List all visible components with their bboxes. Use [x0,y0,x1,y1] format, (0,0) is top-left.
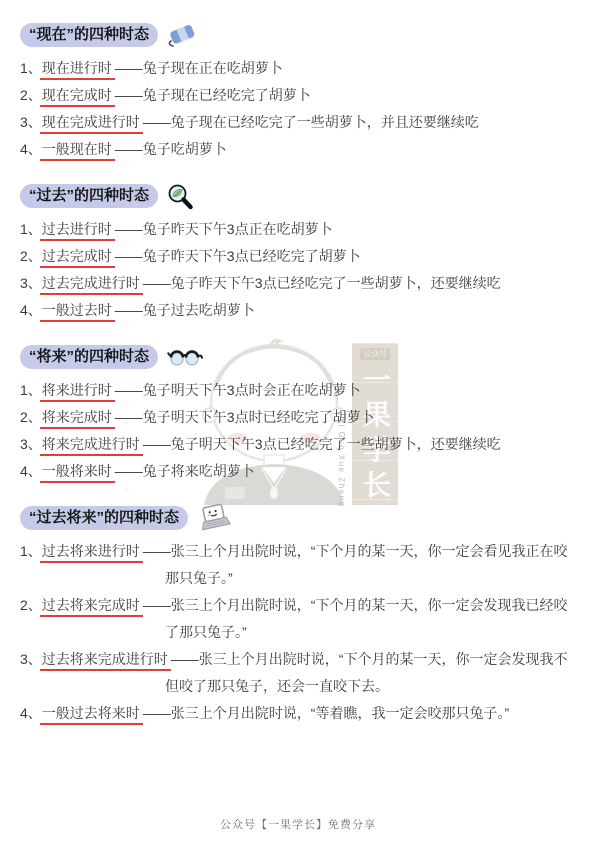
tense-name: 将来进行时 [40,382,115,402]
item-number: 4、 [20,302,42,318]
item-number: 1、 [20,221,42,237]
tense-item: 2、过去完成时——兔子昨天下午3点已经吃完了胡萝卜 [20,243,578,270]
tense-item: 1、现在进行时——兔子现在正在吃胡萝卜 [20,55,578,82]
tense-name: 现在进行时 [40,60,115,80]
example-text: ——张三上个月出院时说，“下个月的某一天，你一定会发现我已经咬了那只兔子。” [143,597,568,640]
example-text: ——兔子明天下午3点已经吃完了一些胡萝卜，还要继续吃 [143,436,501,452]
tense-item: 2、将来完成时——兔子明天下午3点时已经吃完了胡萝卜 [20,404,578,431]
eraser-icon [167,22,197,48]
item-number: 2、 [20,597,42,613]
tense-name: 一般现在时 [40,141,115,161]
notes-page: “现在”的四种时态 1、现在进行时——兔子现在正在吃胡萝卜 2、现在完成时——兔… [0,0,596,727]
magnifier-leaf-icon [167,183,194,210]
item-number: 2、 [20,409,42,425]
example-text: ——兔子现在正在吃胡萝卜 [115,60,283,76]
example-text: ——张三上个月出院时说，“下个月的某一天，你一定会看见我正在咬那只兔子。” [143,543,568,586]
tense-item: 4、一般将来时——兔子将来吃胡萝卜 [20,458,578,485]
item-number: 3、 [20,114,42,130]
tense-name: 将来完成时 [40,409,115,429]
example-text: ——兔子将来吃胡萝卜 [115,463,255,479]
item-number: 4、 [20,141,42,157]
tense-item: 4、一般过去将来时——张三上个月出院时说，“等着瞧，我一定会咬那只兔子。” [20,700,578,727]
tense-name: 一般将来时 [40,463,115,483]
example-text: ——兔子明天下午3点时已经吃完了胡萝卜 [115,409,375,425]
tense-item: 3、现在完成进行时——兔子现在已经吃完了一些胡萝卜，并且还要继续吃 [20,109,578,136]
item-number: 2、 [20,87,42,103]
example-text: ——兔子昨天下午3点已经吃完了胡萝卜 [115,248,361,264]
tense-name: 将来完成进行时 [40,436,143,456]
example-text: ——兔子昨天下午3点正在吃胡萝卜 [115,221,333,237]
tense-item: 3、过去将来完成进行时——张三上个月出院时说，“下个月的某一天，你一定会发现我不… [20,646,578,700]
section-header: “过去”的四种时态 [20,183,578,209]
section-title: “现在”的四种时态 [20,23,158,47]
tense-name: 过去将来完成进行时 [40,651,171,671]
tense-item: 2、现在完成时——兔子现在已经吃完了胡萝卜 [20,82,578,109]
tense-item: 2、过去将来完成时——张三上个月出院时说，“下个月的某一天，你一定会发现我已经咬… [20,592,578,646]
section-title: “将来”的四种时态 [20,345,158,369]
tense-item: 1、过去将来进行时——张三上个月出院时说，“下个月的某一天，你一定会看见我正在咬… [20,538,578,592]
section-future: “将来”的四种时态 1、将来进行时——兔子明天下午3点时会正在吃胡萝卜 2、将来… [20,344,578,485]
item-number: 3、 [20,651,42,667]
tense-name: 过去将来进行时 [40,543,143,563]
item-number: 1、 [20,543,42,559]
item-number: 3、 [20,436,42,452]
tense-name: 一般过去将来时 [40,705,143,725]
tense-name: 现在完成时 [40,87,115,107]
tense-name: 一般过去时 [40,302,115,322]
example-text: ——兔子明天下午3点时会正在吃胡萝卜 [115,382,361,398]
section-title: “过去将来”的四种时态 [20,506,188,530]
tense-item: 3、将来完成进行时——兔子明天下午3点已经吃完了一些胡萝卜，还要继续吃 [20,431,578,458]
tense-item: 3、过去完成进行时——兔子昨天下午3点已经吃完了一些胡萝卜，还要继续吃 [20,270,578,297]
item-number: 3、 [20,275,42,291]
tense-item: 1、将来进行时——兔子明天下午3点时会正在吃胡萝卜 [20,377,578,404]
section-header: “现在”的四种时态 [20,22,578,48]
example-text: ——兔子现在已经吃完了胡萝卜 [115,87,311,103]
tense-item: 1、过去进行时——兔子昨天下午3点正在吃胡萝卜 [20,216,578,243]
section-present: “现在”的四种时态 1、现在进行时——兔子现在正在吃胡萝卜 2、现在完成时——兔… [20,22,578,163]
example-text: ——兔子过去吃胡萝卜 [115,302,255,318]
tense-name: 现在完成进行时 [40,114,143,134]
example-text: ——兔子昨天下午3点已经吃完了一些胡萝卜，还要继续吃 [143,275,501,291]
example-text: ——张三上个月出院时说，“等着瞧，我一定会咬那只兔子。” [143,705,509,721]
glasses-icon [167,346,203,368]
item-number: 4、 [20,705,42,721]
item-number: 2、 [20,248,42,264]
example-text: ——张三上个月出院时说，“下个月的某一天，你一定会发现我不但咬了那只兔子，还会一… [165,651,567,694]
item-number: 4、 [20,463,42,479]
section-past-future: “过去将来”的四种时态 1、过去将来进行时——张三上个月出院时说，“下个月的某一… [20,505,578,727]
footer-credit: 公众号【一果学长】免费分享 [0,816,596,832]
section-header: “将来”的四种时态 [20,344,578,370]
tense-item: 4、一般现在时——兔子吃胡萝卜 [20,136,578,163]
tense-item: 4、一般过去时——兔子过去吃胡萝卜 [20,297,578,324]
laptop-icon [197,503,231,533]
section-title: “过去”的四种时态 [20,184,158,208]
section-past: “过去”的四种时态 1、过去进行时——兔子昨天下午3点正在吃胡萝卜 2、过去完成… [20,183,578,324]
item-number: 1、 [20,382,42,398]
section-header: “过去将来”的四种时态 [20,505,578,531]
tense-name: 过去将来完成时 [40,597,143,617]
example-text: ——兔子吃胡萝卜 [115,141,227,157]
tense-name: 过去完成时 [40,248,115,268]
example-text: ——兔子现在已经吃完了一些胡萝卜，并且还要继续吃 [143,114,479,130]
item-number: 1、 [20,60,42,76]
tense-name: 过去进行时 [40,221,115,241]
tense-name: 过去完成进行时 [40,275,143,295]
